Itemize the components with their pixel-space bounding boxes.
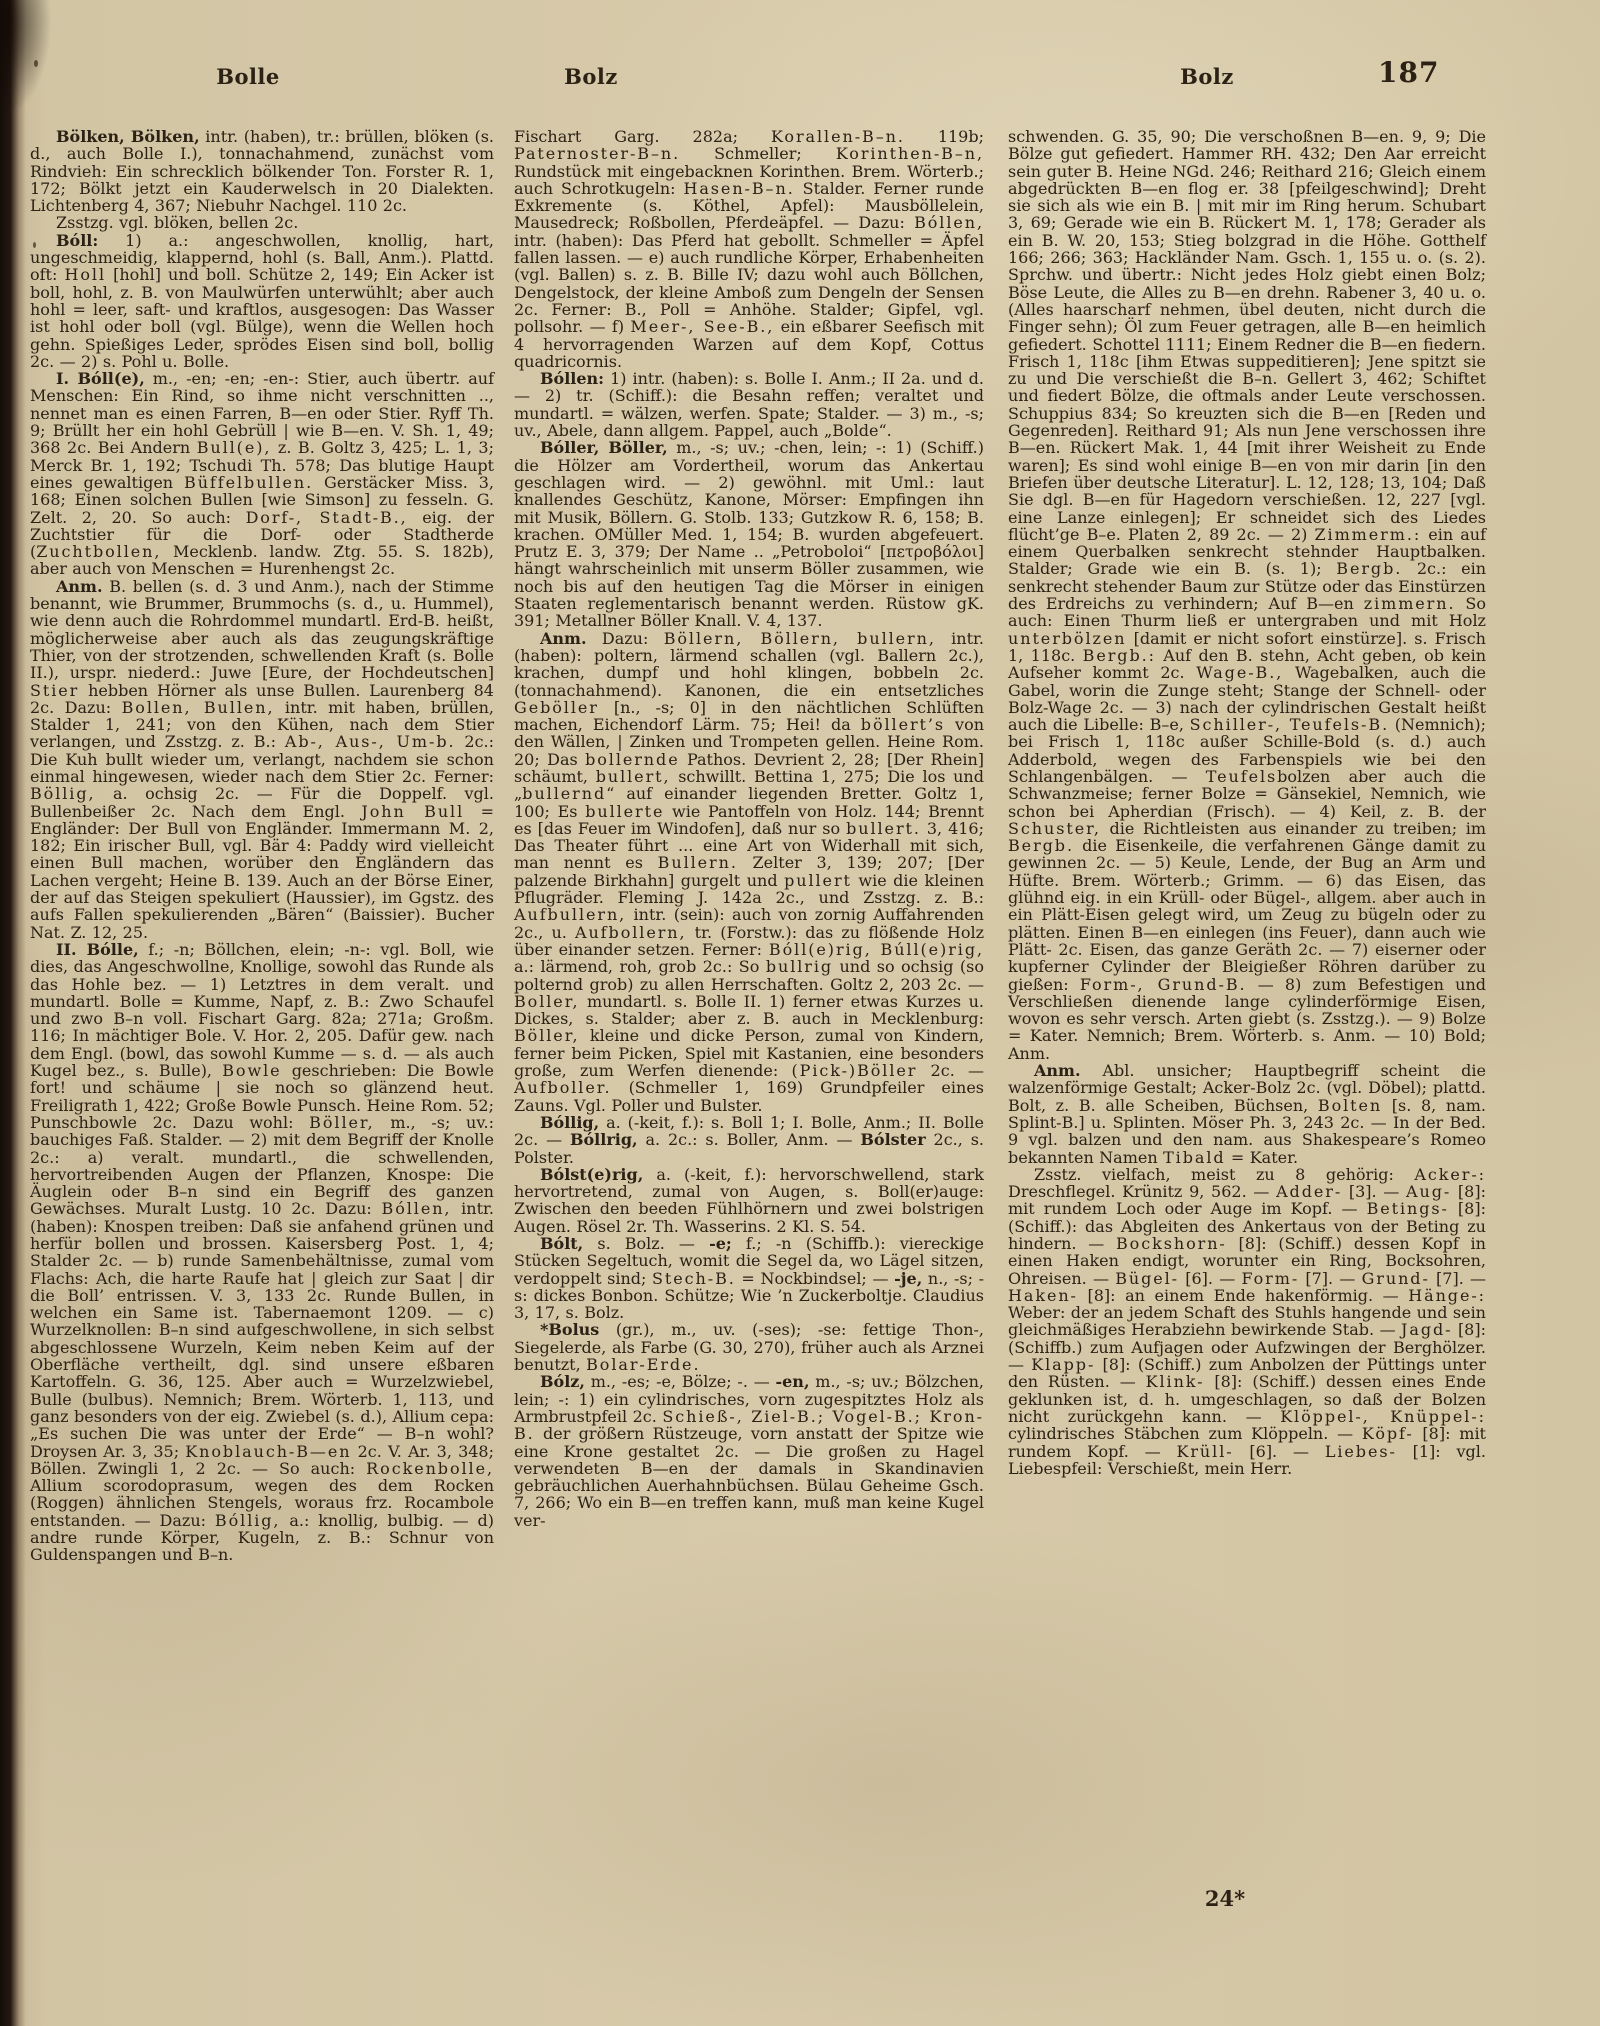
dictionary-paragraph: Bólz, m., -es; -e, Bölze; -. — -en, m., …	[514, 1373, 984, 1529]
text-run: 119b;	[905, 127, 984, 146]
text-run: Ab-, Aus-, Um-b.	[285, 732, 456, 751]
text-run: Hänge-:	[1408, 1286, 1486, 1305]
text-run: = Nockbindsel; —	[736, 1269, 894, 1288]
text-run: bullert.	[846, 819, 921, 838]
text-run: Bölken, Bölken,	[56, 127, 200, 146]
text-run: Form-	[1241, 1269, 1299, 1288]
text-run: mundartl. s. Bolle II. 1) ferner etwas K…	[514, 992, 984, 1028]
scanned-dictionary-page: Bolle Bolz Bolz 187 Bölken, Bölken, intr…	[0, 0, 1600, 2026]
dictionary-paragraph: Bóllen: 1) intr. (haben): s. Bolle I. An…	[514, 370, 984, 439]
text-run: Fischart Garg. 282a;	[514, 127, 771, 146]
text-run: Schmeller;	[680, 144, 836, 163]
scan-corner-smudge	[0, 0, 52, 120]
text-run: Aufbullern,	[514, 905, 626, 924]
text-run: bullerte	[585, 802, 664, 821]
text-run: [7]. —	[1430, 1269, 1486, 1288]
dictionary-paragraph: Anm. Abl. unsicher; Hauptbegriff scheint…	[1008, 1062, 1486, 1166]
text-run: Schiller-, Teufels-B.	[1190, 715, 1389, 734]
text-run: Bóll:	[56, 231, 98, 250]
text-run: Zsstzg. vgl. blöken, bellen 2c.	[56, 213, 298, 232]
text-run: m., -es; -e, Bölze; -. —	[585, 1372, 776, 1391]
text-run: f.; -n; Böllchen, elein; -n-: vgl. Boll,…	[30, 940, 494, 1080]
text-run: Klöppel-, Knüppel-:	[1280, 1407, 1486, 1426]
text-run: Acker-:	[1414, 1165, 1486, 1184]
dictionary-paragraph: Anm. Dazu: Böllern, Böllern, bullern, in…	[514, 630, 984, 1114]
text-run: Bolten	[1318, 1096, 1382, 1115]
text-run: bullert,	[596, 767, 671, 786]
text-run: Tibald	[1163, 1148, 1225, 1167]
text-run: bullernd	[522, 784, 606, 803]
text-run: Anm.	[1034, 1061, 1081, 1080]
dictionary-paragraph: Bóll: 1) a.: angeschwollen, knollig, har…	[30, 232, 494, 370]
dictionary-paragraph: *Bolus (gr.), m., uv. (-ses); -se: fetti…	[514, 1321, 984, 1373]
text-run: Hasen-B–n.	[683, 179, 794, 198]
text-column-3: schwenden. G. 35, 90; Die verschoßnen B—…	[1008, 128, 1486, 1477]
text-run: -je,	[894, 1269, 922, 1288]
text-run: Holl	[64, 265, 106, 284]
text-run: Zimmerm.:	[1315, 525, 1422, 544]
dictionary-paragraph: Bóllig, a. (-keit, f.): s. Boll 1; I. Bo…	[514, 1114, 984, 1166]
text-run: Bóller, Böller,	[540, 438, 668, 457]
text-run: Bóllen,	[914, 213, 984, 232]
text-run: a. 2c.: s. Boller, Anm. —	[638, 1130, 861, 1149]
text-run: intr. (haben): Knospen treiben: Daß sie …	[30, 1199, 494, 1460]
text-run: Form-, Grund-B.	[1080, 975, 1247, 994]
text-run: zimmern.	[1364, 594, 1456, 613]
text-run: Betings-	[1367, 1199, 1449, 1218]
text-run: Zuchtbollen,	[36, 542, 161, 561]
text-run: die Eisenkeile, die verfahrenen Gänge da…	[1008, 836, 1486, 993]
text-run: Haken-	[1008, 1286, 1078, 1305]
text-run: Aug-	[1406, 1182, 1451, 1201]
text-run: Bólz,	[540, 1372, 585, 1391]
text-run: der größern Rüstzeuge, vorn anstatt der …	[514, 1424, 984, 1529]
text-run: Bockshorn-	[1116, 1234, 1227, 1253]
paper-speck	[34, 60, 38, 67]
text-run: Klapp-	[1031, 1355, 1095, 1374]
text-run: -en,	[775, 1372, 809, 1391]
text-run: unterbölzen	[1008, 629, 1126, 648]
text-run: Köpf-	[1362, 1424, 1414, 1443]
text-run: Meer-, See-B.,	[630, 317, 774, 336]
running-head-right: Bolz	[1157, 64, 1257, 89]
text-run: Böller,	[514, 1026, 580, 1045]
text-run: [7]. —	[1299, 1269, 1361, 1288]
dictionary-paragraph: schwenden. G. 35, 90; Die verschoßnen B—…	[1008, 128, 1486, 1062]
text-run: *Bolus	[540, 1320, 599, 1339]
text-run: Bergb.:	[1083, 646, 1156, 665]
text-run: Stech-B.	[652, 1269, 736, 1288]
text-run: Liebes-	[1325, 1442, 1397, 1461]
text-run: Wage-B.,	[1196, 663, 1283, 682]
text-run: Schuster,	[1008, 819, 1101, 838]
text-run: s. Bolz. —	[583, 1234, 709, 1253]
text-run: cylindrisches Stäbchen zum Klöppeln. —	[1008, 1424, 1362, 1443]
signature-mark: 24*	[1180, 1886, 1270, 1911]
page-number: 187	[1378, 56, 1458, 89]
text-run: Knoblauch-B—en	[185, 1442, 351, 1461]
text-run: II. Bólle,	[56, 940, 139, 959]
text-run: Korinthen-B–n,	[836, 144, 984, 163]
dictionary-paragraph: Bólst(e)rig, a. (-keit, f.): hervorschwe…	[514, 1166, 984, 1235]
dictionary-paragraph: Bólt, s. Bolz. — -e; f.; -n (Schiffb.): …	[514, 1235, 984, 1321]
text-run: Jagd-	[1401, 1320, 1452, 1339]
text-run: m., -s; uv.; -chen, lein; -: 1) (Schiff.…	[514, 438, 984, 630]
text-run: [6]. —	[1234, 1442, 1325, 1461]
text-run: Dorf-, Stadt-B.,	[246, 508, 408, 527]
text-run: Aufbollern,	[575, 923, 687, 942]
text-run: Bóllen:	[540, 369, 604, 388]
text-run: Bull(e),	[197, 438, 272, 457]
text-run: Bólst(e)rig,	[540, 1165, 643, 1184]
text-run: schwenden. G. 35, 90; Die verschoßnen B—…	[1008, 127, 1486, 544]
text-run: Bóllig,	[540, 1113, 599, 1132]
text-run: Bólt,	[540, 1234, 583, 1253]
text-run: Bullern.	[658, 853, 738, 872]
text-run: die Richtleisten aus einander zu treiben…	[1101, 819, 1486, 838]
running-head-center: Bolz	[541, 64, 641, 89]
text-run: Anm.	[540, 629, 587, 648]
dictionary-paragraph: Zsstzg. vgl. blöken, bellen 2c.	[30, 214, 494, 231]
text-run: Bowle	[222, 1061, 281, 1080]
text-run: [3]. —	[1342, 1182, 1406, 1201]
text-run: Anm.	[56, 577, 103, 596]
text-run: Klink-	[1146, 1372, 1205, 1391]
text-run: Bolar-Erde.	[586, 1355, 700, 1374]
text-run: = Kater.	[1226, 1148, 1299, 1167]
text-run: [6]. —	[1179, 1269, 1241, 1288]
text-run: Rockenbolle,	[366, 1459, 494, 1478]
text-run: a.: lärmend, roh, grob 2c.: So	[514, 957, 766, 976]
text-run: Böllig,	[30, 784, 96, 803]
text-run: Bóllrig,	[570, 1130, 638, 1149]
text-run: (Pick-)Böller	[791, 1061, 917, 1080]
dictionary-paragraph: Bóller, Böller, m., -s; uv.; -chen, lein…	[514, 439, 984, 629]
text-run: böllert’s	[861, 715, 945, 734]
text-run: Stier	[30, 681, 79, 700]
text-run: John Bull	[361, 802, 464, 821]
text-run: Böller,	[309, 1113, 375, 1132]
text-run: pullert	[784, 871, 852, 890]
text-run: -e;	[709, 1234, 732, 1253]
dictionary-paragraph: I. Bóll(e), m., -en; -en; -en-: Stier, a…	[30, 370, 494, 578]
text-run: Dreschflegel. Krünitz 9, 562. —	[1008, 1182, 1276, 1201]
dictionary-paragraph: Fischart Garg. 282a; Korallen-B–n. 119b;…	[514, 128, 984, 370]
text-run: Bólster	[860, 1130, 925, 1149]
text-run: Bergb.	[1336, 559, 1402, 578]
dictionary-paragraph: Anm. B. bellen (s. d. 3 und Anm.), nach …	[30, 578, 494, 941]
scan-edge-shadow	[0, 0, 26, 2026]
text-run: Krüll-	[1176, 1442, 1233, 1461]
text-run: bollernde	[585, 750, 680, 769]
text-run: Bügel-	[1115, 1269, 1179, 1288]
text-run: 2c. —	[917, 1061, 984, 1080]
dictionary-paragraph: Zsstz. vielfach, meist zu 8 gehörig: Ack…	[1008, 1166, 1486, 1477]
text-run: Zsstz. vielfach, meist zu 8 gehörig:	[1034, 1165, 1414, 1184]
text-run: Teufels	[1206, 767, 1277, 786]
text-run: bullrig	[766, 957, 833, 976]
text-run: Bóll(e)rig, Búll(e)rig,	[769, 940, 984, 959]
text-run: Bergb.	[1008, 836, 1074, 855]
text-run: Bóllig,	[215, 1511, 281, 1530]
text-run: Adder-	[1276, 1182, 1342, 1201]
text-run: Dazu:	[587, 629, 664, 648]
text-run: Paternoster-B–n.	[514, 144, 680, 163]
text-run: Bóllen,	[382, 1199, 452, 1218]
text-run: Aufboller.	[514, 1078, 612, 1097]
text-run: Grund-	[1362, 1269, 1430, 1288]
text-run: I. Bóll(e),	[56, 369, 145, 388]
text-run: = Engländer: Der Bull von Engländer. Imm…	[30, 802, 494, 942]
text-run: Boller,	[514, 992, 580, 1011]
text-run: Korallen-B–n.	[771, 127, 905, 146]
text-run: Geböller	[514, 698, 599, 717]
text-column-2: Fischart Garg. 282a; Korallen-B–n. 119b;…	[514, 128, 984, 1529]
text-run: [8]: an einem Ende hakenförmig. —	[1078, 1286, 1408, 1305]
dictionary-paragraph: Bölken, Bölken, intr. (haben), tr.: brül…	[30, 128, 494, 214]
text-column-1: Bölken, Bölken, intr. (haben), tr.: brül…	[30, 128, 494, 1564]
text-run: Böllern, Böllern, bullern,	[664, 629, 936, 648]
running-head-left: Bolle	[188, 64, 308, 89]
dictionary-paragraph: II. Bólle, f.; -n; Böllchen, elein; -n-:…	[30, 941, 494, 1564]
text-run: Büffelbullen.	[184, 473, 313, 492]
text-run: Bollen, Bullen,	[122, 698, 275, 717]
